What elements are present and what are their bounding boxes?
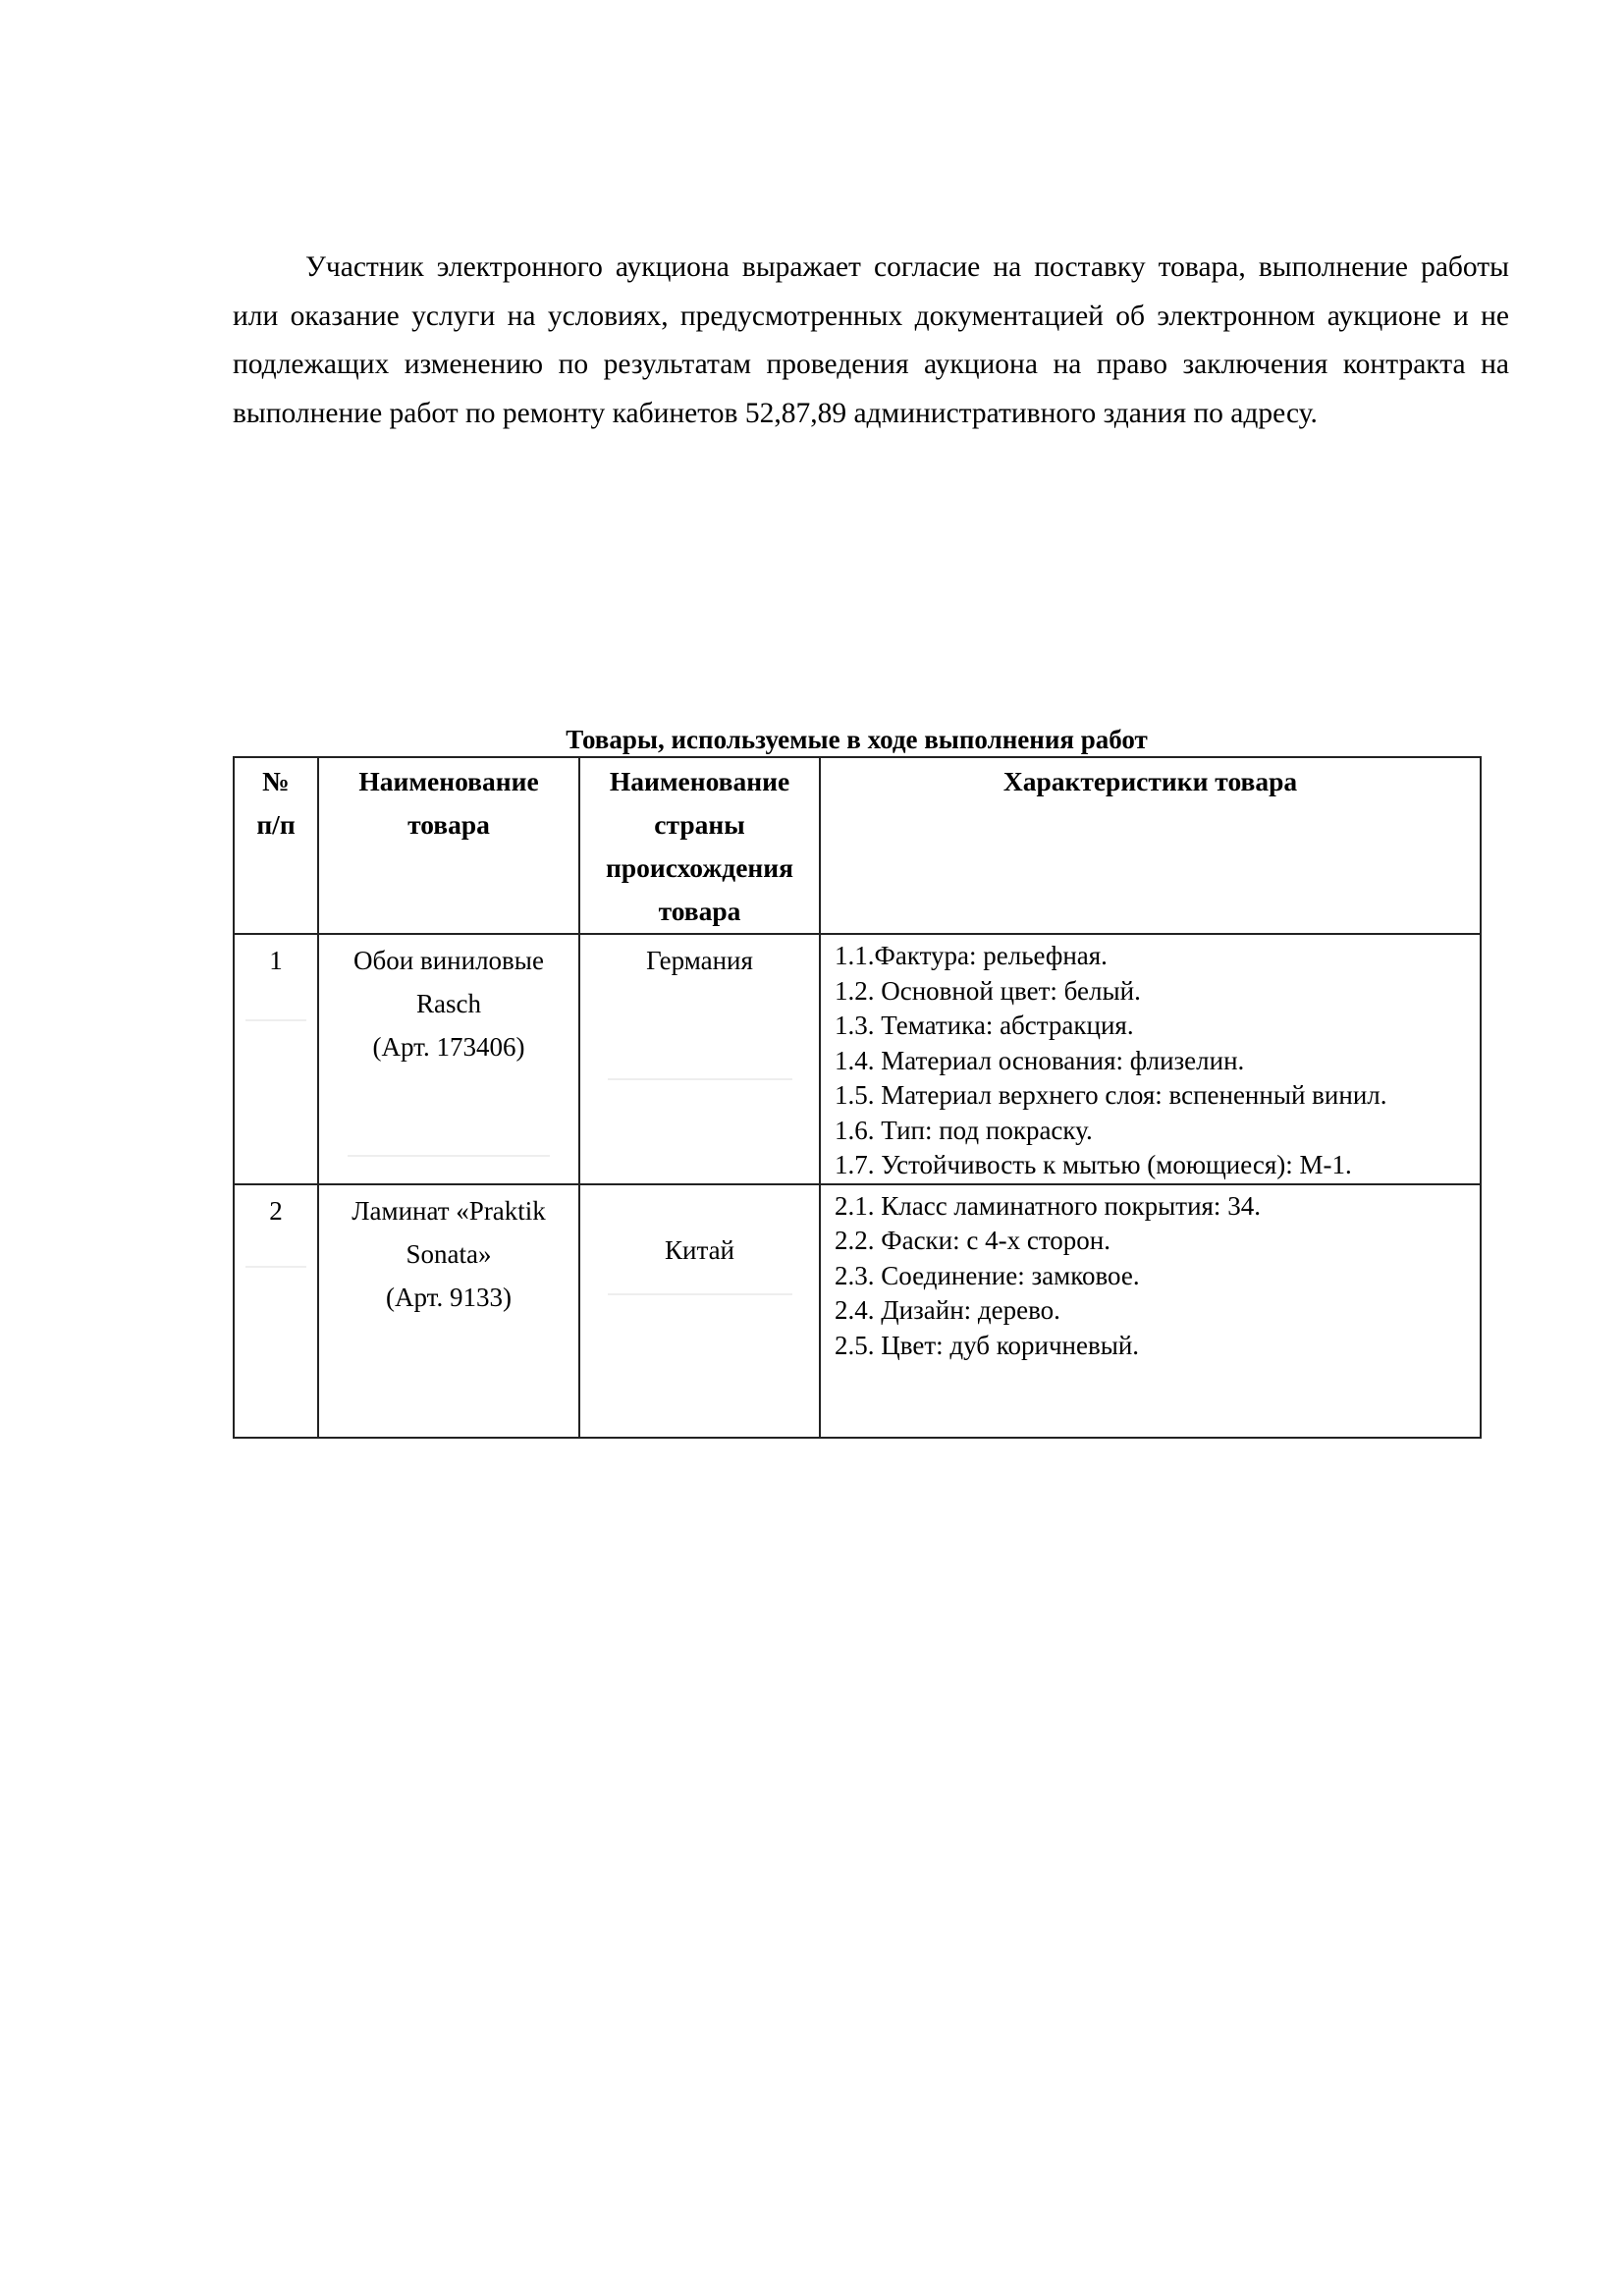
row-country: Германия (579, 934, 820, 1184)
header-num: № п/п (234, 757, 318, 934)
list-item: 1.4. Материал основания: флизелин. (835, 1044, 1480, 1079)
row-product-name: Ламинат «Praktik Sonata» (Арт. 9133) (318, 1184, 579, 1438)
list-item: 1.5. Материал верхнего слоя: вспененный … (835, 1078, 1480, 1114)
header-country: Наименование страны происхождения товара (579, 757, 820, 934)
table-title: Товары, используемые в ходе выполнения р… (233, 725, 1481, 754)
list-item: 1.6. Тип: под покраску. (835, 1114, 1480, 1149)
row-country: Китай (579, 1184, 820, 1438)
list-item: 1.2. Основной цвет: белый. (835, 974, 1480, 1010)
table-header-row: № п/п Наименование товара Наименование с… (234, 757, 1481, 934)
row-product-name: Обои виниловые Rasch (Арт. 173406) (318, 934, 579, 1184)
header-characteristics: Характеристики товара (820, 757, 1481, 934)
row-num: 2 (234, 1184, 318, 1438)
list-item: 2.3. Соединение: замковое. (835, 1259, 1480, 1294)
goods-table: № п/п Наименование товара Наименование с… (233, 756, 1482, 1439)
divider (608, 1293, 792, 1295)
table-row: 1 Обои виниловые Rasch (Арт. 173406) Гер… (234, 934, 1481, 1184)
list-item: 2.1. Класс ламинатного покрытия: 34. (835, 1189, 1480, 1225)
list-item: 1.3. Тематика: абстракция. (835, 1009, 1480, 1044)
list-item: 1.7. Устойчивость к мытью (моющиеся): М-… (835, 1148, 1480, 1183)
divider (245, 1019, 306, 1021)
table-row: 2 Ламинат «Praktik Sonata» (Арт. 9133) К… (234, 1184, 1481, 1438)
characteristics-list: 2.1. Класс ламинатного покрытия: 34. 2.2… (821, 1185, 1480, 1364)
divider (348, 1155, 550, 1157)
characteristics-list: 1.1.Фактура: рельефная. 1.2. Основной цв… (821, 935, 1480, 1183)
list-item: 2.5. Цвет: дуб коричневый. (835, 1329, 1480, 1364)
header-name: Наименование товара (318, 757, 579, 934)
intro-paragraph: Участник электронного аукциона выражает … (233, 244, 1509, 438)
row-characteristics: 1.1.Фактура: рельефная. 1.2. Основной цв… (820, 934, 1481, 1184)
list-item: 2.2. Фаски: с 4-х сторон. (835, 1224, 1480, 1259)
list-item: 2.4. Дизайн: дерево. (835, 1293, 1480, 1329)
row-num: 1 (234, 934, 318, 1184)
divider (608, 1078, 792, 1080)
row-characteristics: 2.1. Класс ламинатного покрытия: 34. 2.2… (820, 1184, 1481, 1438)
divider (245, 1266, 306, 1268)
list-item: 1.1.Фактура: рельефная. (835, 939, 1480, 974)
